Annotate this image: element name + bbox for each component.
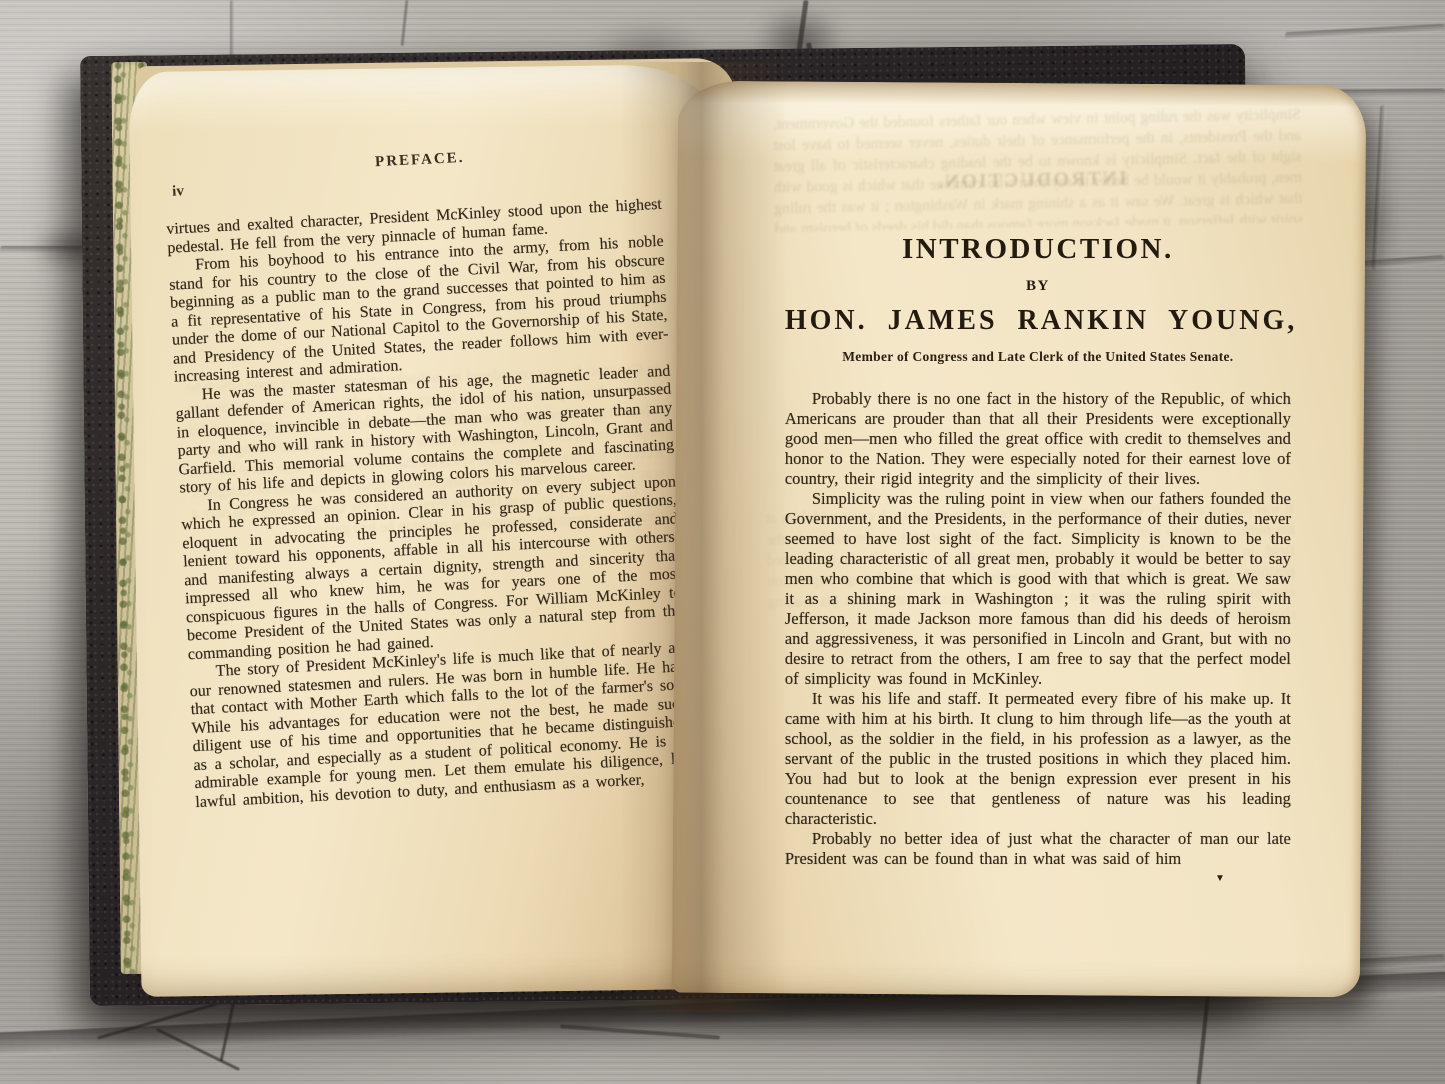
show-through-text: Simplicity was the ruling point in view … <box>773 104 1303 232</box>
author-subtitle: Member of Congress and Late Clerk of the… <box>785 349 1291 365</box>
signature-mark: ▼ <box>785 873 1291 884</box>
right-page-introduction: Simplicity was the ruling point in view … <box>672 81 1366 998</box>
left-page-preface: In Congress he was considered an authori… <box>129 64 722 997</box>
paragraph: Simplicity was the ruling point in view … <box>785 489 1291 689</box>
left-page-number: iv <box>172 183 184 201</box>
paragraph: In Congress he was considered an authori… <box>180 473 684 664</box>
open-book: In Congress he was considered an authori… <box>80 28 1375 1020</box>
right-page-body: Probably there is no one fact in the his… <box>785 389 1291 869</box>
left-page-header: PREFACE. <box>130 138 710 183</box>
paragraph: Probably no better idea of just what the… <box>785 829 1291 869</box>
show-through-title: INTRODUCTION. <box>767 164 1295 200</box>
paragraph: The story of President McKinley's life i… <box>188 639 691 812</box>
left-page-body: virtues and exalted character, President… <box>166 196 691 812</box>
paragraph: From his boyhood to his entrance into th… <box>168 233 670 387</box>
byline: BY <box>785 278 1291 295</box>
author-name: HON. JAMES RANKIN YOUNG, <box>785 305 1291 337</box>
introduction-title: INTRODUCTION. <box>785 233 1291 266</box>
paragraph: Probably there is no one fact in the his… <box>785 389 1291 489</box>
paragraph: It was his life and staff. It permeated … <box>785 689 1291 829</box>
right-page-content: INTRODUCTION. BY HON. JAMES RANKIN YOUNG… <box>785 233 1291 884</box>
